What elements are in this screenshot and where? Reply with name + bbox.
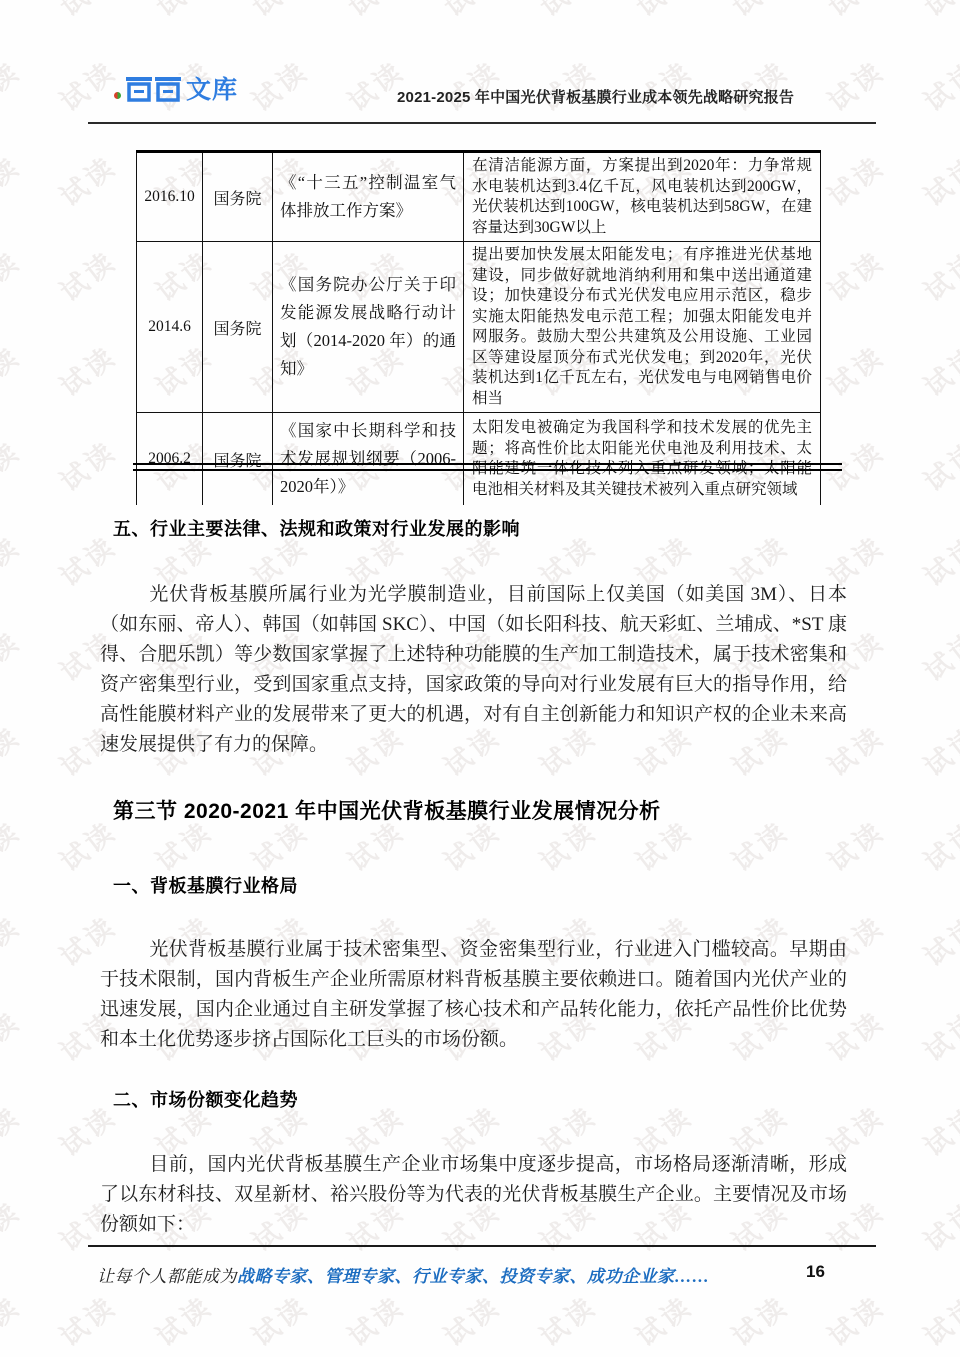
cell-title: 《国务院办公厅关于印发能源发展战略行动计划（2014-2020 年）的通知》 xyxy=(273,242,464,413)
brand-logo: 文库 xyxy=(114,70,238,106)
table-row: 2016.10 国务院 《“十三五”控制温室气体排放工作方案》 在清洁能源方面，… xyxy=(137,152,821,242)
content: 文库 2021-2025 年中国光伏背板基膜行业成本领先战略研究报告 2016.… xyxy=(0,0,960,1357)
section-heading-5: 五、行业主要法律、法规和政策对行业发展的影响 xyxy=(113,515,520,541)
subsection-2-heading: 二、市场份额变化趋势 xyxy=(113,1086,298,1112)
page-number: 16 xyxy=(806,1262,825,1282)
footer-slogan-highlight: 战略专家、管理专家、行业专家、投资专家、成功企业家…… xyxy=(237,1267,710,1286)
cell-issuer: 国务院 xyxy=(203,413,273,506)
cell-content: 太阳发电被确定为我国科学和技术发展的优先主题；将高性价比太阳能光伏电池及利用技术… xyxy=(464,413,821,506)
report-title: 2021-2025 年中国光伏背板基膜行业成本领先战略研究报告 xyxy=(397,86,877,107)
logo-dot-icon xyxy=(114,92,121,99)
cell-issuer: 国务院 xyxy=(203,242,273,413)
cell-content: 在清洁能源方面，方案提出到2020年：力争常规水电装机达到3.4亿千瓦，风电装机… xyxy=(464,152,821,242)
policy-table: 2016.10 国务院 《“十三五”控制温室气体排放工作方案》 在清洁能源方面，… xyxy=(136,150,821,505)
logo-text: 文库 xyxy=(186,70,238,106)
cell-issuer: 国务院 xyxy=(203,152,273,242)
table-row: 2014.6 国务院 《国务院办公厅关于印发能源发展战略行动计划（2014-20… xyxy=(137,242,821,413)
cell-date: 2016.10 xyxy=(137,152,203,242)
chapter-heading: 第三节 2020-2021 年中国光伏背板基膜行业发展情况分析 xyxy=(113,795,661,825)
cell-content: 提出要加快发展太阳能发电；有序推进光伏基地建设，同步做好就地消纳利用和集中送出通… xyxy=(464,242,821,413)
subsection-1-heading: 一、背板基膜行业格局 xyxy=(113,872,298,898)
footer-slogan-prefix: 让每个人都能成为 xyxy=(97,1267,237,1286)
cell-title: 《“十三五”控制温室气体排放工作方案》 xyxy=(273,152,464,242)
footer-slogan: 让每个人都能成为战略专家、管理专家、行业专家、投资专家、成功企业家…… xyxy=(97,1262,710,1287)
logo-glyph-icon xyxy=(126,74,181,102)
paragraph-1: 光伏背板基膜所属行业为光学膜制造业，目前国际上仅美国（如美国 3M）、日本（如东… xyxy=(100,580,847,760)
page: 试读试读试读试读试读试读试读试读试读试读试读试读试读试读试读试读试读试读试读试读… xyxy=(0,0,960,1357)
cell-title: 《国家中长期科学和技术发展规划纲要（2006-2020年）》 xyxy=(273,413,464,506)
footer-rule xyxy=(88,1245,876,1247)
paragraph-3: 目前，国内光伏背板基膜生产企业市场集中度逐步提高，市场格局逐渐清晰，形成了以东材… xyxy=(100,1150,847,1240)
cell-date: 2006.2 xyxy=(137,413,203,506)
header: 文库 2021-2025 年中国光伏背板基膜行业成本领先战略研究报告 xyxy=(88,64,876,124)
table-bottom-rule xyxy=(133,463,842,471)
cell-date: 2014.6 xyxy=(137,242,203,413)
paragraph-2: 光伏背板基膜行业属于技术密集型、资金密集型行业，行业进入门槛较高。早期由于技术限… xyxy=(100,935,847,1055)
table-row: 2006.2 国务院 《国家中长期科学和技术发展规划纲要（2006-2020年）… xyxy=(137,413,821,506)
